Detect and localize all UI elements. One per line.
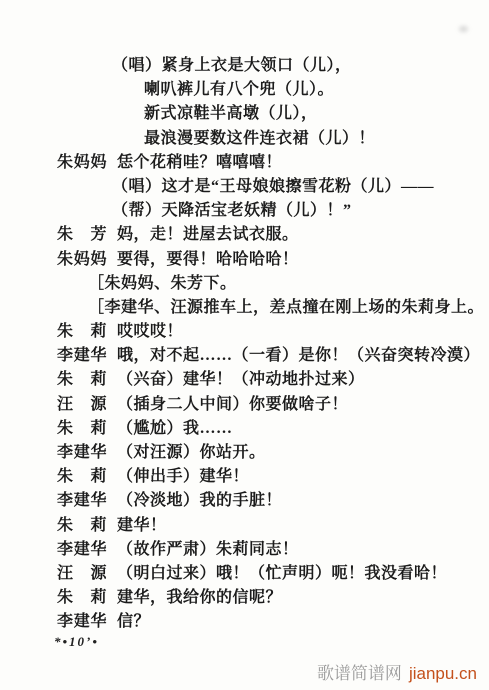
speaker-name: 李建华: [57, 610, 107, 634]
speaker-name: 朱芳: [57, 223, 107, 247]
speaker-name: 李建华: [57, 489, 107, 513]
speaker-name: 李建华: [57, 538, 107, 562]
lyric-text: 最浪漫要数这件连衣裙（儿）！: [144, 130, 375, 147]
dialogue-text: （明白过来）哦！（忙声明）呃！我没看哈！: [117, 565, 447, 582]
script-line: 朱莉（兴奋）建华！（冲动地扑过来）: [0, 368, 489, 392]
script-line: 朱妈妈恁个花稍哇？嘻嘻嘻！: [0, 151, 489, 175]
lyric-text: （唱）这才是“王母娘娘擦雪花粉（儿）——: [112, 178, 434, 195]
script-line: 朱莉建华，我给你的信呢？: [0, 586, 489, 610]
speaker-name: 朱莉: [57, 368, 107, 392]
script-line: 汪源（插身二人中间）你要做啥子！: [0, 393, 489, 417]
script-line: 李建华（故作严肃）朱莉同志！: [0, 538, 489, 562]
dialogue-text: （兴奋）建华！（冲动地扑过来）: [117, 371, 365, 388]
speaker-name: 朱莉: [57, 514, 107, 538]
speaker-name: 朱莉: [57, 465, 107, 489]
script-line: 最浪漫要数这件连衣裙（儿）！: [0, 127, 489, 151]
dialogue-text: （尴尬）我……: [117, 420, 233, 437]
dialogue-text: 信？: [117, 613, 150, 630]
script-line: 喇叭裤儿有八个兜（儿）。: [0, 78, 489, 102]
speaker-name: 朱妈妈: [57, 248, 107, 272]
script-lines-container: （唱）紧身上衣是大领口（儿），喇叭裤儿有八个兜（儿）。新式凉鞋半高墩（儿），最浪…: [0, 54, 489, 635]
lyric-text: 新式凉鞋半高墩（儿），: [144, 105, 318, 122]
speaker-name: 朱妈妈: [57, 151, 107, 175]
script-line: 朱莉哎哎哎！: [0, 320, 489, 344]
script-line: ［朱妈妈、朱芳下。: [0, 272, 489, 296]
watermark-site-url: jianpu.cn: [409, 664, 477, 683]
speaker-name: 朱莉: [57, 320, 107, 344]
speaker-name: 汪源: [57, 562, 107, 586]
stage-direction-text: ［朱妈妈、朱芳下。: [88, 275, 237, 292]
page-number: *•10’•: [54, 634, 99, 650]
dialogue-text: 妈，走！进屋去试衣服。: [117, 226, 299, 243]
script-line: （唱）紧身上衣是大领口（儿），: [0, 54, 489, 78]
dialogue-text: 恁个花稍哇？嘻嘻嘻！: [117, 154, 282, 171]
script-line: 朱妈妈要得，要得！哈哈哈哈！: [0, 248, 489, 272]
dialogue-text: 建华！: [117, 517, 167, 534]
dialogue-text: 建华，我给你的信呢？: [117, 589, 282, 606]
script-line: （唱）这才是“王母娘娘擦雪花粉（儿）——: [0, 175, 489, 199]
dialogue-text: 哎哎哎！: [117, 323, 183, 340]
script-line: （帮）天降活宝老妖精（儿）！”: [0, 199, 489, 223]
script-line: 李建华（对汪源）你站开。: [0, 441, 489, 465]
lyric-text: （帮）天降活宝老妖精（儿）！”: [112, 202, 352, 219]
stage-direction-text: ［李建华、汪源推车上，差点撞在刚上场的朱莉身上。: [88, 299, 484, 316]
dialogue-text: （插身二人中间）你要做啥子！: [117, 396, 348, 413]
script-line: 李建华哦，对不起……（一看）是你！（兴奋突转冷漠）: [0, 344, 489, 368]
watermark: 歌谱简谱网jianpu.cn: [317, 659, 477, 684]
speaker-name: 朱莉: [57, 586, 107, 610]
lyric-text: 喇叭裤儿有八个兜（儿）。: [144, 81, 334, 98]
dialogue-text: （故作严肃）朱莉同志！: [117, 541, 299, 558]
speaker-name: 李建华: [57, 441, 107, 465]
script-line: 李建华（冷淡地）我的手脏！: [0, 489, 489, 513]
script-line: 汪源（明白过来）哦！（忙声明）呃！我没看哈！: [0, 562, 489, 586]
scanned-script-page: （唱）紧身上衣是大领口（儿），喇叭裤儿有八个兜（儿）。新式凉鞋半高墩（儿），最浪…: [0, 0, 489, 690]
script-line: 李建华信？: [0, 610, 489, 634]
script-line: 朱芳妈，走！进屋去试衣服。: [0, 223, 489, 247]
script-line: 朱莉（伸出手）建华！: [0, 465, 489, 489]
speaker-name: 汪源: [57, 393, 107, 417]
scan-artifact: [459, 26, 468, 32]
speaker-name: 朱莉: [57, 417, 107, 441]
lyric-text: （唱）紧身上衣是大领口（儿），: [112, 57, 352, 74]
dialogue-text: （对汪源）你站开。: [117, 444, 266, 461]
dialogue-text: （冷淡地）我的手脏！: [117, 492, 282, 509]
script-line: 新式凉鞋半高墩（儿），: [0, 102, 489, 126]
watermark-site-name: 歌谱简谱网: [317, 664, 402, 683]
speaker-name: 李建华: [57, 344, 107, 368]
dialogue-text: 哦，对不起……（一看）是你！（兴奋突转冷漠）: [117, 347, 480, 364]
script-line: ［李建华、汪源推车上，差点撞在刚上场的朱莉身上。: [0, 296, 489, 320]
script-line: 朱莉建华！: [0, 514, 489, 538]
dialogue-text: 要得，要得！哈哈哈哈！: [117, 251, 299, 268]
script-line: 朱莉（尴尬）我……: [0, 417, 489, 441]
dialogue-text: （伸出手）建华！: [117, 468, 249, 485]
